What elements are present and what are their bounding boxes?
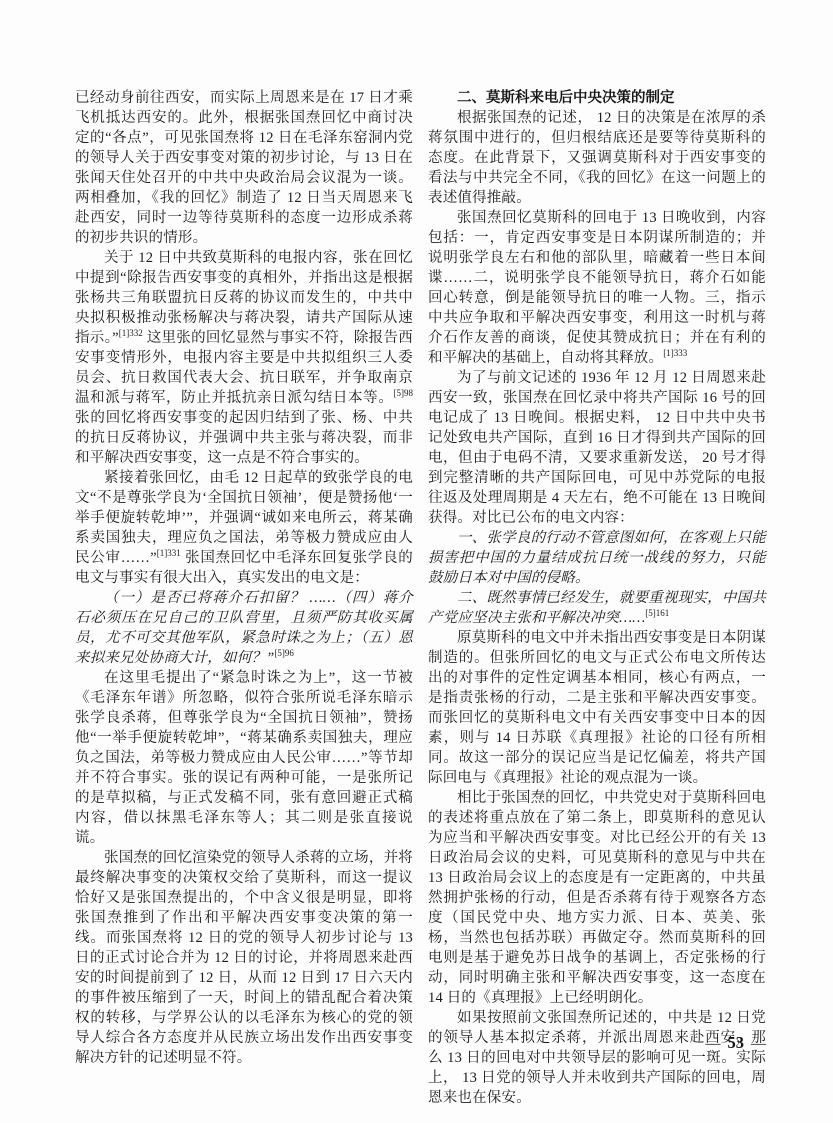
section-heading: 二、莫斯科来电后中央决策的制定 [428,88,766,108]
citation-ref: [1]331 [157,548,181,558]
citation-ref: [1]332 [119,328,143,338]
citation-ref: [5]98 [394,388,414,398]
text-run: 张国焘回忆莫斯科的回电于 13 日晚收到，内容包括：一，肯定西安事变是日本阴谋所… [428,210,766,366]
text-run: 一、张学良的行动不管意图如何，在客观上只能损害把中国的力量结成抗日统一战线的努力… [428,530,766,586]
body-paragraph: 如果按照前文张国焘所记述的，中共是 12 日党的领导人基本拟定杀蒋，并派出周恩来… [428,1008,766,1108]
text-run: 根据张国焘的记述， 12 日的决策是在浓厚的杀蒋氛围中进行的，但归根结底还是要等… [428,110,766,206]
text-run: 为了与前文记述的 1936 年 12 月 12 日周恩来赴西安一致，张国焘在回忆… [428,370,766,526]
text-run: 张国焘的回忆渲染党的领导人杀蒋的立场，并将最终解决事变的决策权交给了莫斯科，而这… [75,850,413,1066]
document-page: 已经动身前往西安，而实际上周恩来是在 17 日才乘飞机抵达西安的。此外，根据张国… [0,0,833,1123]
body-paragraph: 紧接着张回忆，由毛 12 日起草的致张学良的电文“不是尊张学良为‘全国抗日领袖’… [75,468,413,588]
page-number-dash-left: — [706,1036,721,1052]
block-quote-paragraph: （一）是否已将蒋介石扣留？ ……（四）蒋介石必须压在兄自己的卫队营里，且须严防其… [75,588,413,668]
citation-ref: [5]96 [274,648,294,658]
text-run: 这里张的回忆显然与事实不符，除报告西安事变情形外，电报内容主要是中共拟组织三人委… [75,330,413,406]
page-number-value: 53 [721,1033,752,1052]
body-paragraph: 在这里毛提出了“紧急时诛之为上”，这一节被《毛泽东年谱》所忽略，似符合张所说毛泽… [75,668,413,848]
body-paragraph: 张国焘回忆莫斯科的回电于 13 日晚收到，内容包括：一，肯定西安事变是日本阴谋所… [428,208,766,368]
body-paragraph: 原莫斯科的电文中并未指出西安事变是日本阴谋制造的。但张所回忆的电文与正式公布电文… [428,628,766,788]
text-run: 已经动身前往西安，而实际上周恩来是在 17 日才乘飞机抵达西安的。此外，根据张国… [75,90,413,246]
left-column: 已经动身前往西安，而实际上周恩来是在 17 日才乘飞机抵达西安的。此外，根据张国… [75,88,413,1068]
body-paragraph: 相比于张国焘的回忆，中共党史对于莫斯科回电的表述将重点放在了第二条上，即莫斯科的… [428,788,766,1008]
body-paragraph: 已经动身前往西安，而实际上周恩来是在 17 日才乘飞机抵达西安的。此外，根据张国… [75,88,413,248]
block-quote-paragraph: 二、既然事情已经发生，就要重视现实，中国共产党应坚决主张和平解决冲突……[5]1… [428,588,766,628]
page-number-dash-right: — [751,1036,766,1052]
text-run: 如果按照前文张国焘所记述的，中共是 12 日党的领导人基本拟定杀蒋，并派出周恩来… [428,1010,766,1106]
text-run: （一）是否已将蒋介石扣留？ ……（四）蒋介石必须压在兄自己的卫队营里，且须严防其… [75,590,413,666]
text-run: 原莫斯科的电文中并未指出西安事变是日本阴谋制造的。但张所回忆的电文与正式公布电文… [428,630,766,786]
page-number: —53— [428,1032,766,1055]
citation-ref: [1]333 [663,348,687,358]
body-paragraph: 关于 12 日中共致莫斯科的电报内容，张在回忆中提到“除报告西安事变的真相外，并… [75,248,413,468]
block-quote-paragraph: 一、张学良的行动不管意图如何，在客观上只能损害把中国的力量结成抗日统一战线的努力… [428,528,766,588]
text-run: 在这里毛提出了“紧急时诛之为上”，这一节被《毛泽东年谱》所忽略，似符合张所说毛泽… [75,670,413,846]
citation-ref: [5]161 [645,608,669,618]
right-column: 二、莫斯科来电后中央决策的制定 根据张国焘的记述， 12 日的决策是在浓厚的杀蒋… [428,88,766,1108]
body-paragraph: 根据张国焘的记述， 12 日的决策是在浓厚的杀蒋氛围中进行的，但归根结底还是要等… [428,108,766,208]
text-run: 二、既然事情已经发生，就要重视现实，中国共产党应坚决主张和平解决冲突…… [428,590,766,626]
right-column-body: 根据张国焘的记述， 12 日的决策是在浓厚的杀蒋氛围中进行的，但归根结底还是要等… [428,108,766,1108]
text-run: 相比于张国焘的回忆，中共党史对于莫斯科回电的表述将重点放在了第二条上，即莫斯科的… [428,790,766,1006]
body-paragraph: 张国焘的回忆渲染党的领导人杀蒋的立场，并将最终解决事变的决策权交给了莫斯科，而这… [75,848,413,1068]
text-run: 张的回忆将西安事变的起因归结到了张、杨、中共的抗日反蒋协议，并强调中共主张与蒋决… [75,410,413,466]
body-paragraph: 为了与前文记述的 1936 年 12 月 12 日周恩来赴西安一致，张国焘在回忆… [428,368,766,528]
